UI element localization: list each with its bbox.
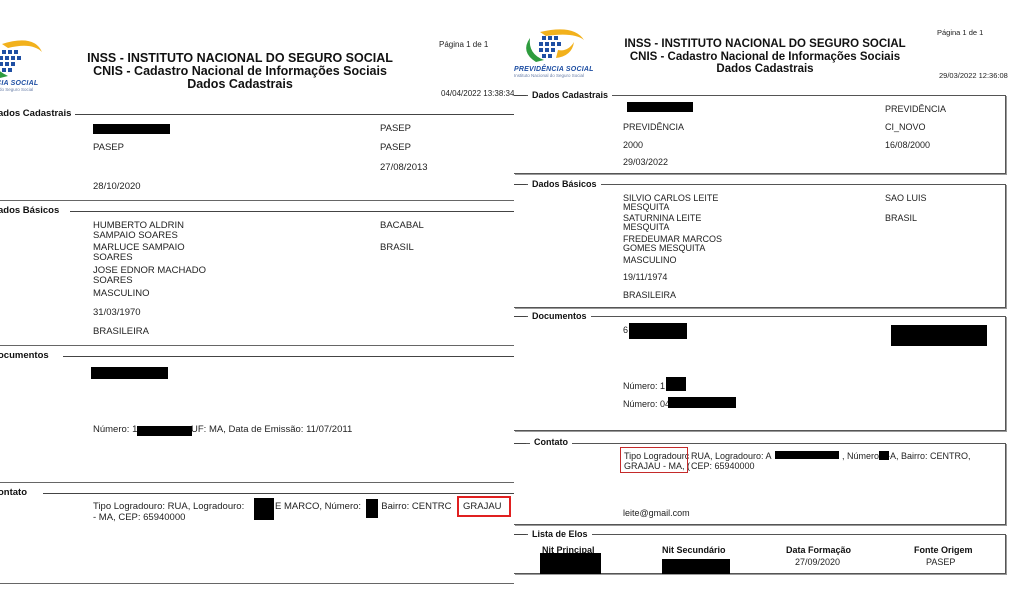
- value-endereco-cep: CEP: 65940000: [691, 461, 755, 472]
- value-nome-2: SAMPAIO SOARES: [93, 231, 178, 242]
- redacted-cpf: [91, 367, 168, 379]
- section-divider: [63, 356, 514, 357]
- print-timestamp: 04/04/2022 13:38:34: [441, 89, 514, 98]
- cell-data-formacao: 27/09/2020: [795, 557, 840, 568]
- section-divider: [43, 493, 514, 494]
- redacted-identidade: [137, 426, 192, 436]
- section-divider: [514, 95, 526, 96]
- page-number: Página 1 de 1: [937, 28, 983, 37]
- value-sexo: MASCULINO: [93, 289, 149, 300]
- logo-subtitle: Instituto Nacional do Seguro Social: [514, 73, 594, 78]
- value-endereco-part-2: E MARCO, Número:: [275, 502, 361, 513]
- value-data-nascimento: 19/11/1974: [623, 272, 667, 283]
- value-administrador-nit: PREVIDÊNCIA: [623, 122, 684, 133]
- section-box-dados-basicos: [514, 184, 1006, 308]
- value-identidade-suffix: UF: MA, Data de Emissão: 11/07/2011: [191, 425, 352, 436]
- print-timestamp: 29/03/2022 12:36:08: [939, 71, 1008, 80]
- section-divider: [514, 534, 526, 535]
- value-pais-origem: BRASIL: [885, 213, 917, 224]
- value-nome-mae-2: SOARES: [93, 253, 133, 264]
- header-line-3: Dados Cadastrais: [80, 78, 400, 91]
- value-sexo: MASCULINO: [623, 255, 677, 266]
- section-divider: [514, 316, 526, 317]
- value-data-cadastramento: 16/08/2000: [885, 140, 930, 151]
- cell-fonte-origem: PASEP: [926, 557, 955, 568]
- document-left: ÊNCIA SOCIAL cional do Seguro Social INS…: [0, 0, 514, 600]
- logo-brand: PREVIDÊNCIA SOCIAL: [514, 66, 594, 73]
- column-header-nit-secundario: Nit Secundário: [662, 545, 726, 556]
- redacted-nit-principal: [540, 553, 601, 574]
- value-endereco-part-3: , Número:: [842, 451, 882, 462]
- value-fonte-nit: PASEP: [380, 124, 411, 135]
- section-title-documentos: Documentos: [528, 311, 591, 321]
- document-header: INSS - INSTITUTO NACIONAL DO SEGURO SOCI…: [80, 52, 400, 91]
- value-data-atualizacao: 29/03/2022: [623, 157, 668, 168]
- document-right: PREVIDÊNCIA SOCIAL Instituto Nacional do…: [514, 0, 1024, 600]
- page-number: Página 1 de 1: [439, 40, 488, 49]
- column-header-fonte-origem: Fonte Origem: [914, 545, 973, 556]
- section-bottom-border: [0, 482, 514, 483]
- section-title-lista-elos: Lista de Elos: [528, 529, 592, 539]
- header-line-1: INSS - INSTITUTO NACIONAL DO SEGURO SOCI…: [620, 38, 910, 51]
- highlight-box-address: [620, 447, 688, 473]
- value-endereco-line-2: - MA, CEP: 65940000: [93, 513, 185, 524]
- logo-brand: ÊNCIA SOCIAL: [0, 80, 46, 87]
- previdencia-logo-icon: [0, 38, 46, 82]
- redacted-nit: [93, 124, 170, 134]
- value-fonte-cadastramento: PASEP: [380, 143, 411, 154]
- value-municipio-nascimento: SAO LUIS: [885, 193, 927, 204]
- value-nome-mae-2: MESQUITA: [623, 222, 669, 233]
- logo-subtitle: cional do Seguro Social: [0, 87, 46, 92]
- value-identidade-prefix: Número: 1: [93, 425, 137, 436]
- section-divider: [70, 114, 514, 115]
- value-fonte-cadastramento: CI_NOVO: [885, 122, 926, 133]
- previdencia-logo: PREVIDÊNCIA SOCIAL Instituto Nacional do…: [514, 28, 594, 78]
- section-bottom-border: [0, 345, 514, 346]
- redacted-logradouro: [775, 451, 839, 459]
- value-ano-administracao: 2000: [623, 140, 643, 151]
- section-title-contato: Contato: [530, 437, 572, 447]
- redacted-nit-secundario: [662, 559, 730, 574]
- column-header-data-formacao: Data Formação: [786, 545, 851, 556]
- redacted-numero: [366, 499, 378, 518]
- redacted-ctps: [891, 325, 987, 346]
- section-divider: [70, 211, 514, 212]
- redacted-titulo-eleitor: [668, 397, 736, 408]
- value-endereco-part-4: -A, Bairro: CENTRO,: [887, 451, 971, 462]
- value-data-nascimento: 31/03/1970: [93, 308, 141, 319]
- value-nacionalidade: BRASILEIRA: [93, 327, 149, 338]
- value-titulo-eleitor-prefix: Número: 04: [623, 399, 670, 410]
- section-title-dados-cadastrais: Dados Cadastrais: [528, 90, 612, 100]
- section-divider: [514, 443, 526, 444]
- header-line-2: CNIS - Cadastro Nacional de Informações …: [620, 51, 910, 64]
- section-title-dados-basicos: Dados Básicos: [528, 179, 601, 189]
- value-nome-pai-2: SOARES: [93, 276, 133, 287]
- section-title-dados-basicos: ados Básicos: [0, 205, 63, 216]
- value-nome-pai-2: GOMES MESQUITA: [623, 243, 705, 254]
- redacted-nit: [627, 102, 693, 112]
- section-bottom-border: [0, 200, 514, 201]
- value-cpf-prefix: 6: [623, 325, 628, 336]
- section-title-contato: ontato: [0, 487, 31, 498]
- header-line-3: Dados Cadastrais: [620, 63, 910, 76]
- value-administrador-nit: PASEP: [93, 143, 124, 154]
- section-divider: [514, 184, 526, 185]
- value-nacionalidade: BRASILEIRA: [623, 290, 676, 301]
- value-fonte-nit: PREVIDÊNCIA: [885, 104, 946, 115]
- redacted-numero: [879, 451, 889, 460]
- value-municipio-nascimento: BACABAL: [380, 221, 424, 232]
- redacted-logradouro: [254, 498, 274, 520]
- value-endereco-part-1: Tipo Logradouro: RUA, Logradouro:: [93, 502, 244, 513]
- redacted-identidade: [666, 377, 686, 391]
- value-endereco-part-2: : RUA, Logradouro: A: [686, 451, 772, 462]
- highlight-box-city: [457, 496, 511, 517]
- section-bottom-border: [0, 583, 514, 584]
- previdencia-logo: ÊNCIA SOCIAL cional do Seguro Social: [0, 38, 46, 92]
- value-pais-origem: BRASIL: [380, 243, 414, 254]
- document-header: INSS - INSTITUTO NACIONAL DO SEGURO SOCI…: [620, 38, 910, 76]
- value-nome-2: MESQUITA: [623, 202, 669, 213]
- section-title-dados-cadastrais: ados Cadastrais: [0, 108, 75, 119]
- value-data-cadastramento: 27/08/2013: [380, 163, 428, 174]
- value-identidade-prefix: Número: 1: [623, 381, 665, 392]
- value-data-atualizacao: 28/10/2020: [93, 182, 141, 193]
- section-title-documentos: ocumentos: [0, 350, 53, 361]
- redacted-cpf: [629, 323, 687, 339]
- value-email: leite@gmail.com: [623, 508, 690, 519]
- previdencia-logo-icon: [514, 28, 592, 66]
- value-endereco-part-3: , Bairro: CENTRC: [376, 502, 451, 513]
